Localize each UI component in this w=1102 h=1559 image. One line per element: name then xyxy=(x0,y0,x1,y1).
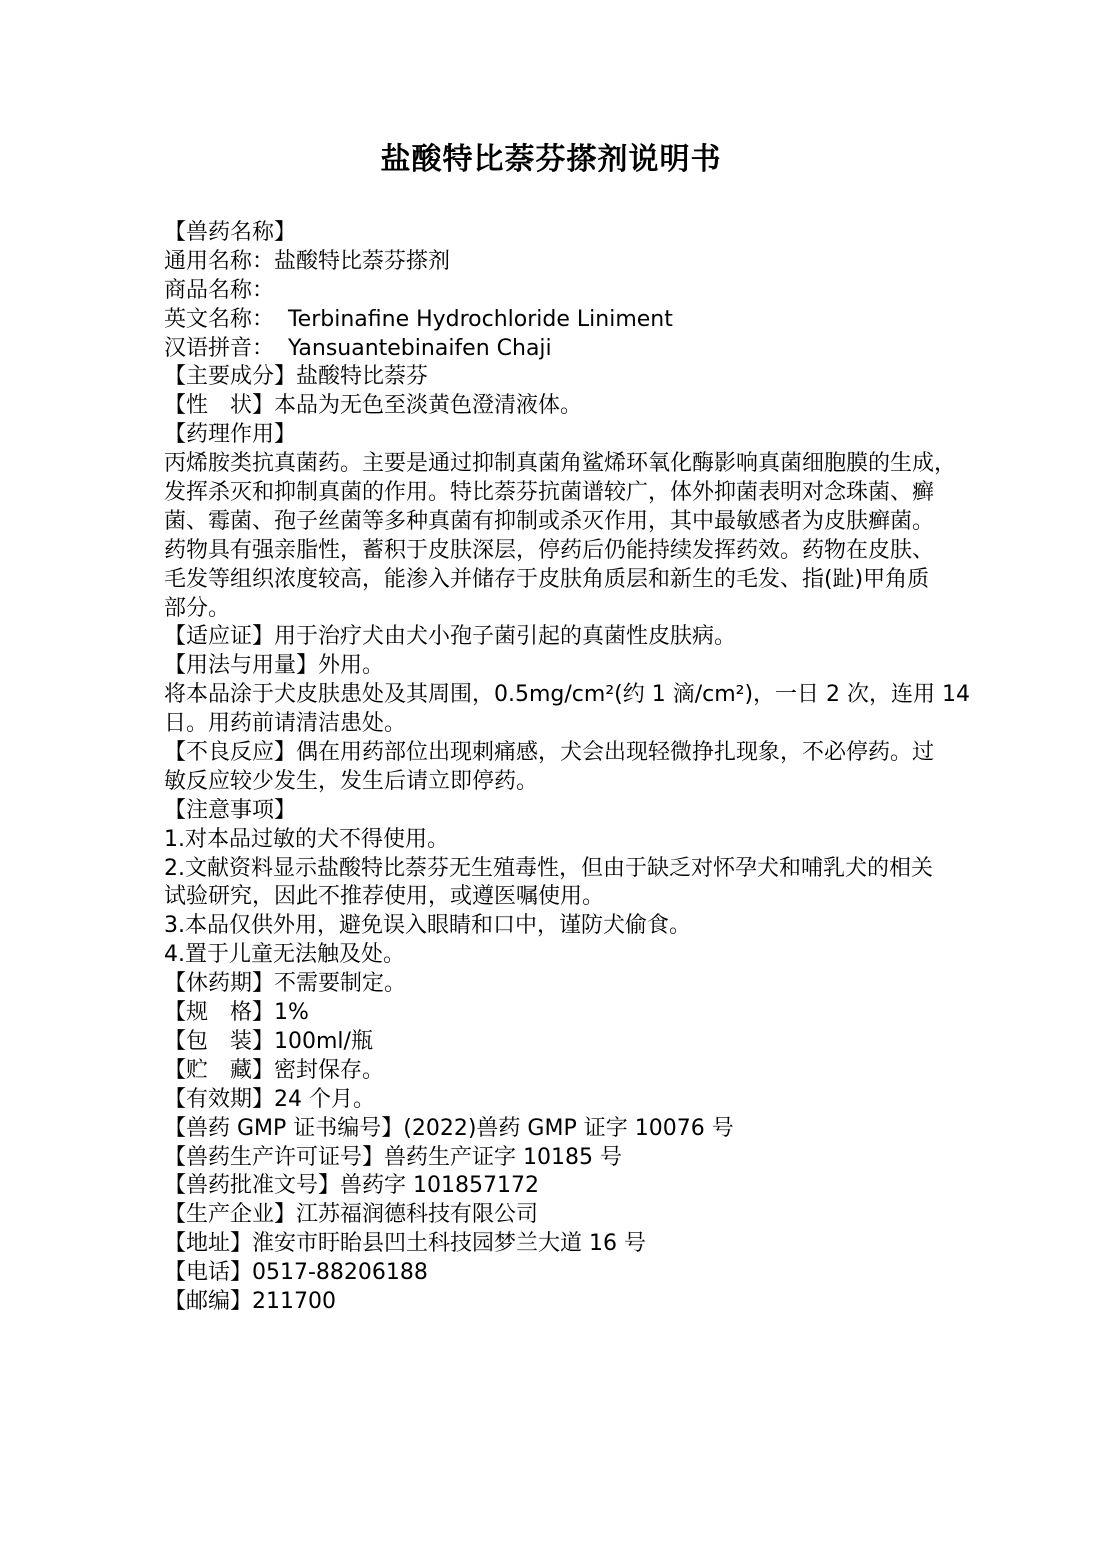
text-line: 3.本品仅供外用，避免误入眼睛和口中，谨防犬偷食。 xyxy=(164,912,982,941)
text-line: 【休药期】不需要制定。 xyxy=(164,970,982,999)
text-line: 毛发等组织浓度较高，能渗入并储存于皮肤角质层和新生的毛发、指(趾)甲角质 xyxy=(164,566,982,595)
text-line: 【不良反应】偶在用药部位出现刺痛感，犬会出现轻微挣扎现象，不必停药。过 xyxy=(164,739,982,768)
text-line: 【性 状】本品为无色至淡黄色澄清液体。 xyxy=(164,392,982,421)
text-line: 2.文献资料显示盐酸特比萘芬无生殖毒性，但由于缺乏对怀孕犬和哺乳犬的相关 xyxy=(164,855,982,884)
text-line: 1.对本品过敏的犬不得使用。 xyxy=(164,826,982,855)
text-line: 英文名称： Terbinafine Hydrochloride Liniment xyxy=(164,306,982,335)
text-line: 【兽药批准文号】兽药字 101857172 xyxy=(164,1172,982,1201)
text-line: 【主要成分】盐酸特比萘芬 xyxy=(164,363,982,392)
text-line: 菌、霉菌、孢子丝菌等多种真菌有抑制或杀灭作用，其中最敏感者为皮肤癣菌。 xyxy=(164,508,982,537)
text-line: 【注意事项】 xyxy=(164,797,982,826)
text-line: 【兽药 GMP 证书编号】(2022)兽药 GMP 证字 10076 号 xyxy=(164,1115,982,1144)
text-line: 汉语拼音： Yansuantebinaifen Chaji xyxy=(164,335,982,364)
text-line: 日。用药前请清洁患处。 xyxy=(164,710,982,739)
text-line: 【包 装】100ml/瓶 xyxy=(164,1028,982,1057)
text-line: 【兽药生产许可证号】兽药生产证字 10185 号 xyxy=(164,1144,982,1173)
document-body: 【兽药名称】通用名称：盐酸特比萘芬搽剂商品名称：英文名称： Terbinafin… xyxy=(0,219,1102,1317)
text-line: 【邮编】211700 xyxy=(164,1288,982,1317)
text-line: 敏反应较少发生，发生后请立即停药。 xyxy=(164,768,982,797)
text-line: 【有效期】24 个月。 xyxy=(164,1086,982,1115)
text-line: 【适应证】用于治疗犬由犬小孢子菌引起的真菌性皮肤病。 xyxy=(164,623,982,652)
text-line: 将本品涂于犬皮肤患处及其周围，0.5mg/cm²(约 1 滴/cm²)，一日 2… xyxy=(164,681,982,710)
text-line: 商品名称： xyxy=(164,277,982,306)
text-line: 发挥杀灭和抑制真菌的作用。特比萘芬抗菌谱较广，体外抑菌表明对念珠菌、癣 xyxy=(164,479,982,508)
text-line: 【生产企业】江苏福润德科技有限公司 xyxy=(164,1201,982,1230)
text-line: 4.置于儿童无法触及处。 xyxy=(164,941,982,970)
text-line: 【规 格】1% xyxy=(164,999,982,1028)
text-line: 【地址】淮安市盱眙县凹土科技园梦兰大道 16 号 xyxy=(164,1230,982,1259)
text-line: 部分。 xyxy=(164,595,982,624)
document-page: 盐酸特比萘芬搽剂说明书 【兽药名称】通用名称：盐酸特比萘芬搽剂商品名称：英文名称… xyxy=(0,0,1102,1559)
text-line: 【药理作用】 xyxy=(164,421,982,450)
text-line: 试验研究，因此不推荐使用，或遵医嘱使用。 xyxy=(164,883,982,912)
text-line: 【贮 藏】密封保存。 xyxy=(164,1057,982,1086)
text-line: 丙烯胺类抗真菌药。主要是通过抑制真菌角鲨烯环氧化酶影响真菌细胞膜的生成， xyxy=(164,450,982,479)
text-line: 【电话】0517-88206188 xyxy=(164,1259,982,1288)
text-line: 【兽药名称】 xyxy=(164,219,982,248)
text-line: 药物具有强亲脂性，蓄积于皮肤深层，停药后仍能持续发挥药效。药物在皮肤、 xyxy=(164,537,982,566)
text-line: 【用法与用量】外用。 xyxy=(164,652,982,681)
text-line: 通用名称：盐酸特比萘芬搽剂 xyxy=(164,248,982,277)
document-title: 盐酸特比萘芬搽剂说明书 xyxy=(0,0,1102,179)
